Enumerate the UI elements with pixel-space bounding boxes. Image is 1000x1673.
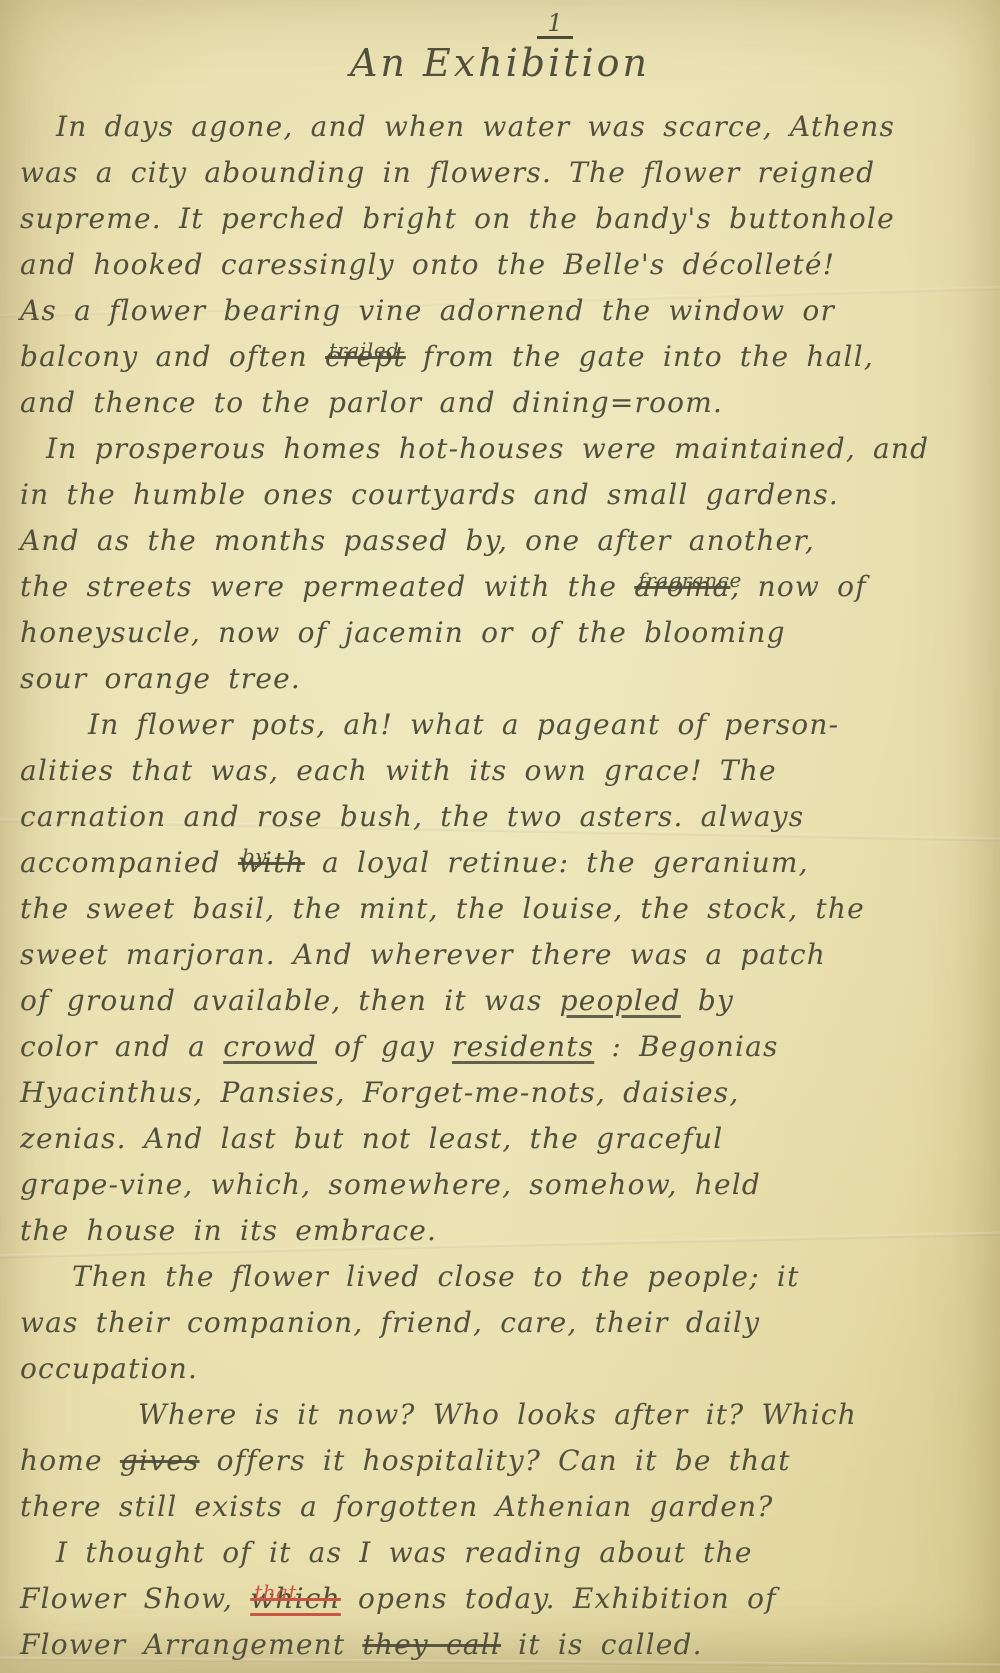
manuscript-line: in the humble ones courtyards and small … (20, 472, 994, 518)
paragraph: Where is it now? Who looks after it? Whi… (20, 1392, 994, 1530)
text-segment: was their companion, friend, care, their… (20, 1306, 760, 1339)
manuscript-page: 1 An Exhibition In days agone, and when … (0, 0, 1000, 1673)
text-segment: Hyacinthus, Pansies, Forget-me-nots, dai… (20, 1076, 739, 1109)
manuscript-line: was their companion, friend, care, their… (20, 1300, 994, 1346)
text-segment: and thence to the parlor and dining=room… (20, 386, 723, 419)
text-segment: by (681, 984, 734, 1017)
correction: bywith (238, 840, 305, 886)
text-segment: And as the months passed by, one after a… (20, 524, 815, 557)
red-correction: thatwhich (250, 1576, 341, 1622)
manuscript-line: Hyacinthus, Pansies, Forget-me-nots, dai… (20, 1070, 994, 1116)
underlined-text: peopled (560, 984, 681, 1017)
text-segment: carnation and rose bush, the two asters.… (20, 800, 804, 833)
paragraph: In prosperous homes hot-houses were main… (20, 426, 994, 702)
text-segment: Flower Arrangement (20, 1628, 362, 1661)
manuscript-line: And as the months passed by, one after a… (20, 518, 994, 564)
manuscript-line: alities that was, each with its own grac… (20, 748, 994, 794)
manuscript-line: In prosperous homes hot-houses were main… (20, 426, 994, 472)
struck-text: they call (362, 1628, 501, 1661)
manuscript-line: was a city abounding in flowers. The flo… (20, 150, 994, 196)
text-segment: , now of (730, 570, 866, 603)
underlined-text: residents (452, 1030, 594, 1063)
text-segment: In days agone, and when water was scarce… (56, 110, 895, 143)
text-segment: I thought of it as I was reading about t… (56, 1536, 753, 1569)
manuscript-line: the sweet basil, the mint, the louise, t… (20, 886, 994, 932)
inserted-word: by (242, 846, 267, 866)
manuscript-line: and hooked caressingly onto the Belle's … (20, 242, 994, 288)
text-segment: zenias. And last but not least, the grac… (20, 1122, 723, 1155)
manuscript-line: supreme. It perched bright on the bandy'… (20, 196, 994, 242)
text-segment: it is called. (501, 1628, 703, 1661)
manuscript-line: of ground available, then it was peopled… (20, 978, 994, 1024)
manuscript-line: Flower Show, thatwhich opens today. Exhi… (20, 1576, 994, 1622)
correction: fragrancearoma (634, 564, 730, 610)
text-segment: Where is it now? Who looks after it? Whi… (138, 1398, 857, 1431)
manuscript-line: In flower pots, ah! what a pageant of pe… (20, 702, 994, 748)
manuscript-body: In days agone, and when water was scarce… (20, 104, 994, 1668)
manuscript-line: balcony and often trailedcrept from the … (20, 334, 994, 380)
manuscript-line: and thence to the parlor and dining=room… (20, 380, 994, 426)
text-segment: Flower Show, (20, 1582, 250, 1615)
paragraph: I thought of it as I was reading about t… (20, 1530, 994, 1668)
text-segment: the sweet basil, the mint, the louise, t… (20, 892, 865, 925)
manuscript-line: I thought of it as I was reading about t… (20, 1530, 994, 1576)
text-segment: home (20, 1444, 120, 1477)
paragraph: Then the flower lived close to the peopl… (20, 1254, 994, 1392)
text-segment: In prosperous homes hot-houses were main… (46, 432, 929, 465)
correction: trailedcrept (325, 334, 406, 380)
text-segment: alities that was, each with its own grac… (20, 754, 777, 787)
underlined-text: crowd (223, 1030, 317, 1063)
manuscript-line: Then the flower lived close to the peopl… (20, 1254, 994, 1300)
text-segment: opens today. Exhibition of (341, 1582, 777, 1615)
struck-text: gives (120, 1444, 200, 1477)
manuscript-line: occupation. (20, 1346, 994, 1392)
text-segment: from the gate into the hall, (406, 340, 874, 373)
paragraph: In flower pots, ah! what a pageant of pe… (20, 702, 994, 1254)
manuscript-line: Where is it now? Who looks after it? Whi… (20, 1392, 994, 1438)
text-segment: color and a (20, 1030, 223, 1063)
inserted-word: trailed (329, 340, 399, 360)
manuscript-line: grape-vine, which, somewhere, somehow, h… (20, 1162, 994, 1208)
manuscript-line: honeysucle, now of jacemin or of the blo… (20, 610, 994, 656)
text-segment: the house in its embrace. (20, 1214, 437, 1247)
text-segment: As a flower bearing vine adornend the wi… (20, 294, 835, 327)
manuscript-line: accompanied bywith a loyal retinue: the … (20, 840, 994, 886)
inserted-word: that (254, 1582, 297, 1602)
text-segment: supreme. It perched bright on the bandy'… (20, 202, 895, 235)
text-segment: Then the flower lived close to the peopl… (72, 1260, 800, 1293)
manuscript-line: the streets were permeated with the frag… (20, 564, 994, 610)
text-segment: sweet marjoran. And wherever there was a… (20, 938, 826, 971)
text-segment: in the humble ones courtyards and small … (20, 478, 839, 511)
manuscript-line: zenias. And last but not least, the grac… (20, 1116, 994, 1162)
manuscript-line: there still exists a forgotten Athenian … (20, 1484, 994, 1530)
text-segment: occupation. (20, 1352, 198, 1385)
manuscript-line: color and a crowd of gay residents : Beg… (20, 1024, 994, 1070)
text-segment: grape-vine, which, somewhere, somehow, h… (20, 1168, 761, 1201)
page-title: An Exhibition (0, 41, 1000, 85)
text-segment: : Begonias (594, 1030, 778, 1063)
text-segment: the streets were permeated with the (20, 570, 634, 603)
text-segment: of ground available, then it was (20, 984, 560, 1017)
page-number: 1 (537, 10, 572, 39)
page-header: 1 An Exhibition (0, 10, 1000, 85)
text-segment: was a city abounding in flowers. The flo… (20, 156, 875, 189)
text-segment: and hooked caressingly onto the Belle's … (20, 248, 835, 281)
text-segment: there still exists a forgotten Athenian … (20, 1490, 773, 1523)
manuscript-line: In days agone, and when water was scarce… (20, 104, 994, 150)
text-segment: In flower pots, ah! what a pageant of pe… (88, 708, 839, 741)
text-segment: balcony and often (20, 340, 325, 373)
manuscript-line: sour orange tree. (20, 656, 994, 702)
manuscript-line: home gives offers it hospitality? Can it… (20, 1438, 994, 1484)
paragraph: In days agone, and when water was scarce… (20, 104, 994, 426)
manuscript-line: Flower Arrangement they call it is calle… (20, 1622, 994, 1668)
text-segment: a loyal retinue: the geranium, (305, 846, 809, 879)
manuscript-line: As a flower bearing vine adornend the wi… (20, 288, 994, 334)
manuscript-line: the house in its embrace. (20, 1208, 994, 1254)
text-segment: sour orange tree. (20, 662, 301, 695)
manuscript-line: sweet marjoran. And wherever there was a… (20, 932, 994, 978)
manuscript-line: carnation and rose bush, the two asters.… (20, 794, 994, 840)
text-segment: of gay (317, 1030, 452, 1063)
text-segment: honeysucle, now of jacemin or of the blo… (20, 616, 786, 649)
inserted-word: fragrance (638, 570, 742, 590)
text-segment: accompanied (20, 846, 238, 879)
text-segment: offers it hospitality? Can it be that (200, 1444, 791, 1477)
